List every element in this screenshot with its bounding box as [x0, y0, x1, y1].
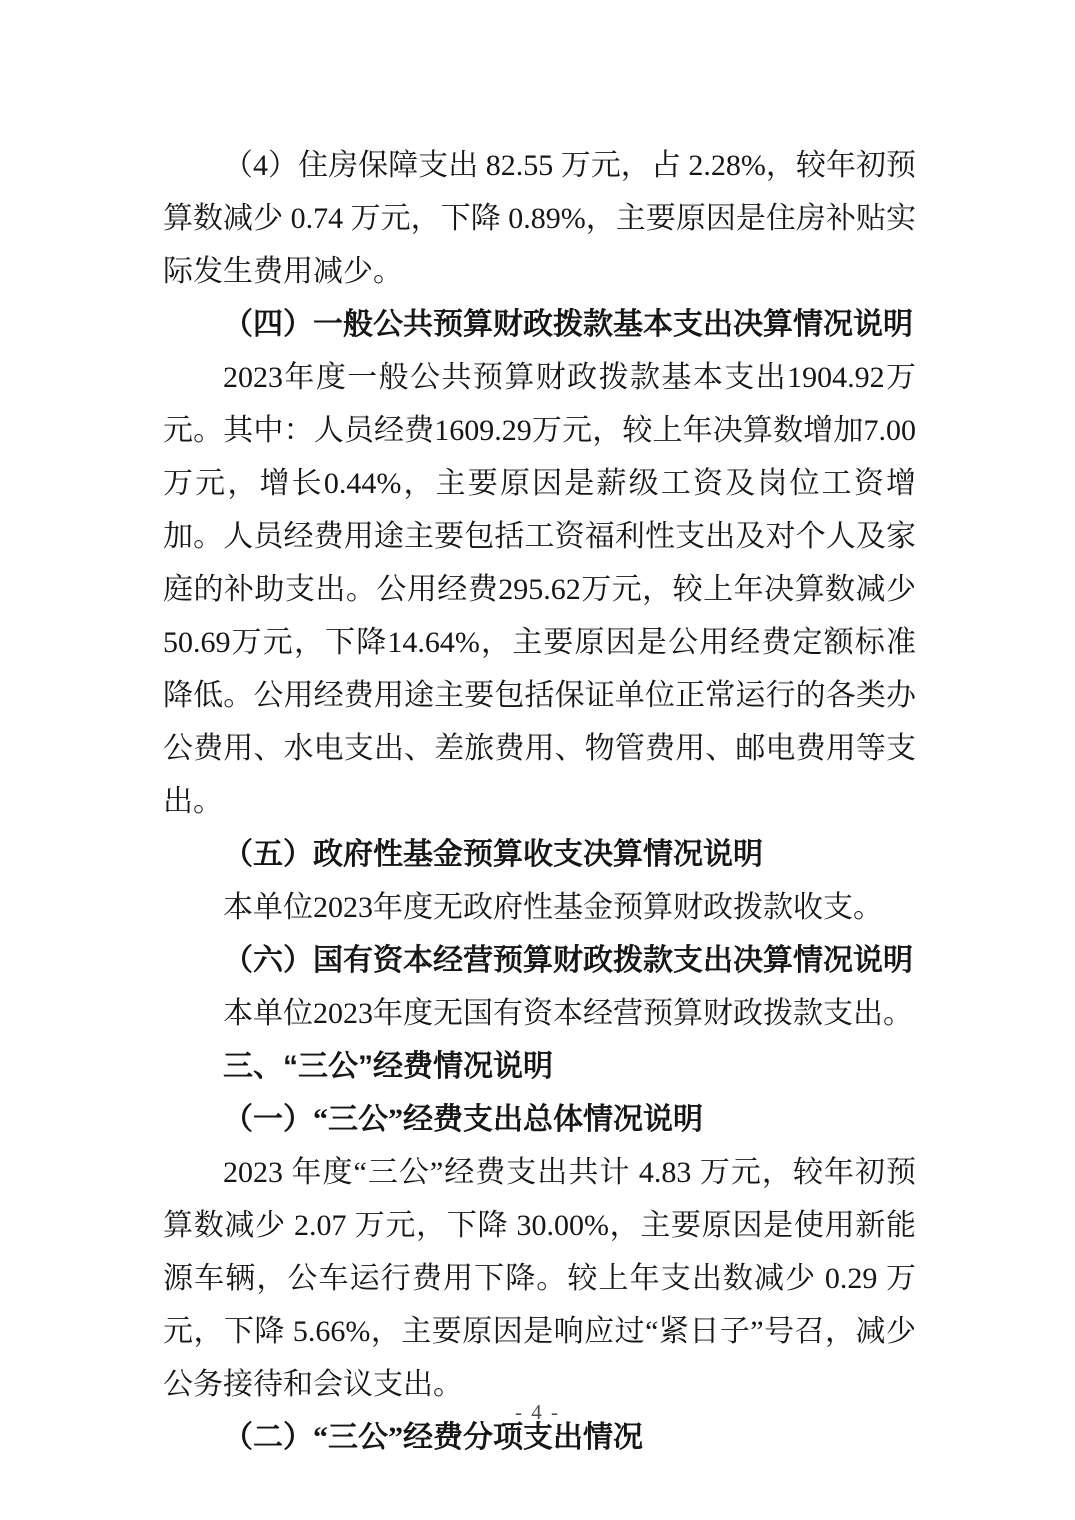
document-body: （4）住房保障支出 82.55 万元，占 2.28%，较年初预算数减少 0.74…	[163, 139, 916, 1464]
section-heading: （一）“三公”经费支出总体情况说明	[163, 1093, 916, 1146]
section-heading: （六）国有资本经营预算财政拨款支出决算情况说明	[163, 934, 916, 987]
paragraph: 2023年度一般公共预算财政拨款基本支出1904.92万元。其中：人员经费160…	[163, 351, 916, 828]
paragraph: （4）住房保障支出 82.55 万元，占 2.28%，较年初预算数减少 0.74…	[163, 139, 916, 298]
paragraph: 本单位2023年度无国有资本经营预算财政拨款支出。	[163, 987, 916, 1040]
document-page: （4）住房保障支出 82.55 万元，占 2.28%，较年初预算数减少 0.74…	[0, 0, 1075, 1520]
section-heading: 三、“三公”经费情况说明	[163, 1040, 916, 1093]
section-heading: （五）政府性基金预算收支决算情况说明	[163, 828, 916, 881]
paragraph: 本单位2023年度无政府性基金预算财政拨款收支。	[163, 881, 916, 934]
paragraph: 2023 年度“三公”经费支出共计 4.83 万元，较年初预算数减少 2.07 …	[163, 1146, 916, 1411]
section-heading: （四）一般公共预算财政拨款基本支出决算情况说明	[163, 298, 916, 351]
page-number: - 4 -	[0, 1400, 1075, 1425]
